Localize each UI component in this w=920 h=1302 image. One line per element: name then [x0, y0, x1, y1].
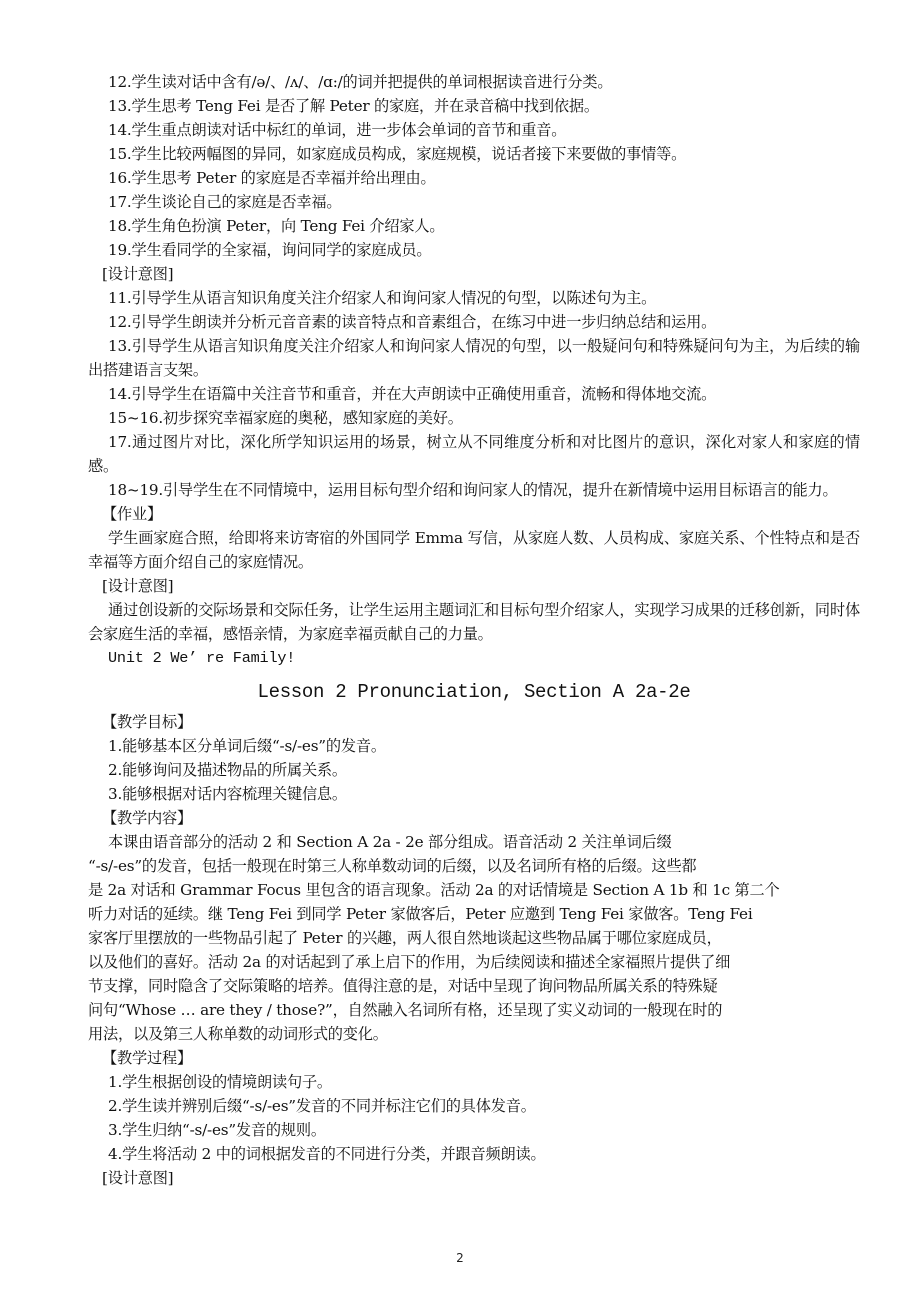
objectives-heading: 【教学目标】: [88, 710, 860, 734]
list-item: 19.学生看同学的全家福，询问同学的家庭成员。: [88, 238, 860, 262]
list-item: 1.能够基本区分单词后缀“-s/-es”的发音。: [88, 734, 860, 758]
list-item: 12.引导学生朗读并分析元音音素的读音特点和音素组合，在练习中进一步归纳总结和运…: [88, 310, 860, 334]
design-intent-label: [设计意图]: [88, 574, 860, 598]
list-item: 17.学生谈论自己的家庭是否幸福。: [88, 190, 860, 214]
paragraph-line: 节支撑，同时隐含了交际策略的培养。值得注意的是，对话中呈现了询问物品所属关系的特…: [88, 974, 860, 998]
list-item: 14.学生重点朗读对话中标红的单词，进一步体会单词的音节和重音。: [88, 118, 860, 142]
list-item: 11.引导学生从语言知识角度关注介绍家人和询问家人情况的句型，以陈述句为主。: [88, 286, 860, 310]
design-intent-label: [设计意图]: [88, 262, 860, 286]
process-items-continued: 12.学生读对话中含有/ə/、/ʌ/、/ɑ:/的词并把提供的单词根据读音进行分类…: [88, 70, 860, 262]
list-item: 2.能够询问及描述物品的所属关系。: [88, 758, 860, 782]
list-item: 15~16.初步探究幸福家庭的奥秘，感知家庭的美好。: [88, 406, 860, 430]
design-intent-list: 11.引导学生从语言知识角度关注介绍家人和询问家人情况的句型，以陈述句为主。 1…: [88, 286, 860, 502]
list-item: 3.能够根据对话内容梳理关键信息。: [88, 782, 860, 806]
list-item: 3.学生归纳“-s/-es”发音的规则。: [88, 1118, 860, 1142]
paragraph-line: 问句“Whose … are they / those?”，自然融入名词所有格，…: [88, 998, 860, 1022]
paragraph-line: 家客厅里摆放的一些物品引起了 Peter 的兴趣，两人很自然地谈起这些物品属于哪…: [88, 926, 860, 950]
unit-title: Unit 2 We’ re Family!: [88, 646, 860, 670]
list-item: 13.引导学生从语言知识角度关注介绍家人和询问家人情况的句型，以一般疑问句和特殊…: [88, 334, 860, 382]
paragraph-line: 本课由语音部分的活动 2 和 Section A 2a - 2e 部分组成。语音…: [88, 830, 860, 854]
content-paragraph: 本课由语音部分的活动 2 和 Section A 2a - 2e 部分组成。语音…: [88, 830, 860, 1046]
objectives-list: 1.能够基本区分单词后缀“-s/-es”的发音。 2.能够询问及描述物品的所属关…: [88, 734, 860, 806]
list-item: 15.学生比较两幅图的异同，如家庭成员构成，家庭规模，说话者接下来要做的事情等。: [88, 142, 860, 166]
list-item: 18.学生角色扮演 Peter，向 Teng Fei 介绍家人。: [88, 214, 860, 238]
list-item: 14.引导学生在语篇中关注音节和重音，并在大声朗读中正确使用重音，流畅和得体地交…: [88, 382, 860, 406]
list-item: 13.学生思考 Teng Fei 是否了解 Peter 的家庭，并在录音稿中找到…: [88, 94, 860, 118]
list-item: 12.学生读对话中含有/ə/、/ʌ/、/ɑ:/的词并把提供的单词根据读音进行分类…: [88, 70, 860, 94]
homework-text: 学生画家庭合照，给即将来访寄宿的外国同学 Emma 写信，从家庭人数、人员构成、…: [88, 526, 860, 574]
homework-heading: 【作业】: [88, 502, 860, 526]
list-item: 1.学生根据创设的情境朗读句子。: [88, 1070, 860, 1094]
paragraph-line: 听力对话的延续。继 Teng Fei 到同学 Peter 家做客后，Peter …: [88, 902, 860, 926]
content-heading: 【教学内容】: [88, 806, 860, 830]
paragraph-line: 用法，以及第三人称单数的动词形式的变化。: [88, 1022, 860, 1046]
process-heading: 【教学过程】: [88, 1046, 860, 1070]
homework-intent-text: 通过创设新的交际场景和交际任务，让学生运用主题词汇和目标句型介绍家人，实现学习成…: [88, 598, 860, 646]
paragraph-line: “-s/-es”的发音，包括一般现在时第三人称单数动词的后缀，以及名词所有格的后…: [88, 854, 860, 878]
list-item: 17.通过图片对比，深化所学知识运用的场景，树立从不同维度分析和对比图片的意识，…: [88, 430, 860, 478]
list-item: 4.学生将活动 2 中的词根据发音的不同进行分类，并跟音频朗读。: [88, 1142, 860, 1166]
document-page: 12.学生读对话中含有/ə/、/ʌ/、/ɑ:/的词并把提供的单词根据读音进行分类…: [88, 70, 860, 1190]
paragraph-line: 以及他们的喜好。活动 2a 的对话起到了承上启下的作用，为后续阅读和描述全家福照…: [88, 950, 860, 974]
process-list: 1.学生根据创设的情境朗读句子。 2.学生读并辨别后缀“-s/-es”发音的不同…: [88, 1070, 860, 1166]
page-number: 2: [0, 1251, 920, 1265]
lesson-title: Lesson 2 Pronunciation, Section A 2a-2e: [88, 680, 860, 704]
list-item: 18~19.引导学生在不同情境中，运用目标句型介绍和询问家人的情况，提升在新情境…: [88, 478, 860, 502]
paragraph-line: 是 2a 对话和 Grammar Focus 里包含的语言现象。活动 2a 的对…: [88, 878, 860, 902]
list-item: 16.学生思考 Peter 的家庭是否幸福并给出理由。: [88, 166, 860, 190]
list-item: 2.学生读并辨别后缀“-s/-es”发音的不同并标注它们的具体发音。: [88, 1094, 860, 1118]
design-intent-label: [设计意图]: [88, 1166, 860, 1190]
